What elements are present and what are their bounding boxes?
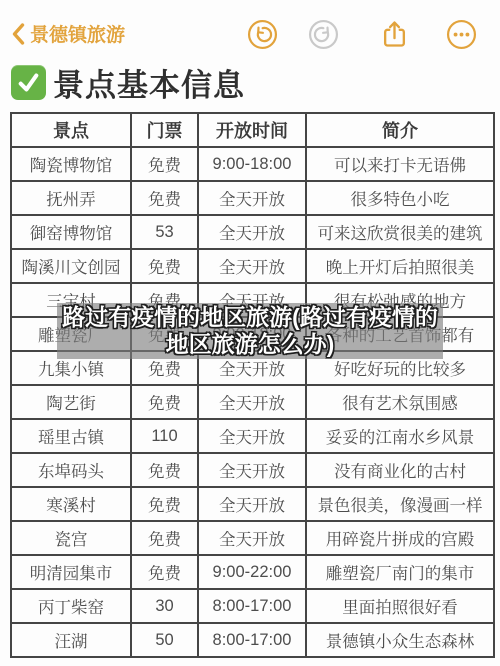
spot-intro: 没有商业化的古村 — [306, 453, 494, 487]
spot-hours: 全天开放 — [198, 181, 306, 215]
spot-name: 丙丁柴窑 — [11, 589, 131, 623]
table-row: 陶瓷博物馆 免费 9:00-18:00 可以来打卡无语佛 — [11, 147, 494, 181]
spot-intro: 各种的工艺首饰都有 — [306, 317, 494, 351]
spot-intro: 用碎瓷片拼成的宫殿 — [306, 521, 494, 555]
table-row: 九集小镇 免费 全天开放 好吃好玩的比较多 — [11, 351, 494, 385]
spots-table: 景点 门票 开放时间 简介 陶瓷博物馆 免费 9:00-18:00 可以来打卡无… — [10, 112, 495, 658]
spot-name: 陶瓷博物馆 — [11, 147, 131, 181]
spot-ticket: 免费 — [131, 555, 198, 589]
table-row: 陶艺街 免费 全天开放 很有艺术氛围感 — [11, 385, 494, 419]
spot-hours: 全天开放 — [198, 453, 306, 487]
back-label: 景德镇旅游 — [30, 20, 125, 47]
table-row: 御窑博物馆 53 全天开放 可来这欣赏很美的建筑 — [11, 215, 494, 249]
spot-intro: 很多特色小吃 — [306, 181, 494, 215]
spot-name: 瑶里古镇 — [11, 419, 131, 453]
spot-name: 瓷宫 — [11, 521, 131, 555]
spot-intro: 可来这欣赏很美的建筑 — [306, 215, 494, 249]
spot-intro: 很有松弛感的地方 — [306, 283, 494, 317]
spot-name: 东埠码头 — [11, 453, 131, 487]
spot-hours: 全天开放 — [198, 249, 306, 283]
spot-hours: 全天开放 — [198, 487, 306, 521]
table-row: 雕塑瓷厂 免费 9:00-18:00 各种的工艺首饰都有 — [11, 317, 494, 351]
spot-name: 陶艺街 — [11, 385, 131, 419]
spot-ticket: 免费 — [131, 147, 198, 181]
spot-ticket: 免费 — [131, 521, 198, 555]
table-row: 抚州弄 免费 全天开放 很多特色小吃 — [11, 181, 494, 215]
table-row: 明清园集市 免费 9:00-22:00 雕塑瓷厂南门的集市 — [11, 555, 494, 589]
spot-intro: 好吃好玩的比较多 — [306, 351, 494, 385]
share-icon[interactable] — [377, 17, 411, 51]
spot-hours: 全天开放 — [198, 215, 306, 249]
table-header-row: 景点 门票 开放时间 简介 — [11, 113, 494, 147]
spot-intro: 里面拍照很好看 — [306, 589, 494, 623]
table-row: 瓷宫 免费 全天开放 用碎瓷片拼成的宫殿 — [11, 521, 494, 555]
col-header-hours: 开放时间 — [198, 113, 306, 147]
spot-ticket: 免费 — [131, 181, 198, 215]
spot-hours: 全天开放 — [198, 283, 306, 317]
spot-name: 寒溪村 — [11, 487, 131, 521]
spot-hours: 全天开放 — [198, 521, 306, 555]
spot-hours: 全天开放 — [198, 419, 306, 453]
table-row: 丙丁柴窑 30 8:00-17:00 里面拍照很好看 — [11, 589, 494, 623]
spot-intro: 晚上开灯后拍照很美 — [306, 249, 494, 283]
col-header-spot: 景点 — [11, 113, 131, 147]
spot-ticket: 免费 — [131, 351, 198, 385]
app-screen: 景德镇旅游 — [0, 0, 500, 666]
spot-name: 三宝村 — [11, 283, 131, 317]
spot-hours: 8:00-17:00 — [198, 623, 306, 657]
spot-hours: 全天开放 — [198, 351, 306, 385]
spot-ticket: 免费 — [131, 385, 198, 419]
table-row: 陶溪川文创园 免费 全天开放 晚上开灯后拍照很美 — [11, 249, 494, 283]
spot-intro: 景色很美，像漫画一样 — [306, 487, 494, 521]
spot-ticket: 免费 — [131, 453, 198, 487]
spot-hours: 全天开放 — [198, 385, 306, 419]
spot-ticket: 免费 — [131, 249, 198, 283]
spot-name: 雕塑瓷厂 — [11, 317, 131, 351]
page-title: 景点基本信息 — [53, 60, 245, 105]
table-row: 东埠码头 免费 全天开放 没有商业化的古村 — [11, 453, 494, 487]
table-row: 三宝村 免费 全天开放 很有松弛感的地方 — [11, 283, 494, 317]
spot-intro: 可以来打卡无语佛 — [306, 147, 494, 181]
col-header-ticket: 门票 — [131, 113, 198, 147]
back-button[interactable]: 景德镇旅游 — [12, 20, 125, 47]
table-row: 瑶里古镇 110 全天开放 妥妥的江南水乡风景 — [11, 419, 494, 453]
spot-ticket: 110 — [131, 419, 198, 453]
chevron-left-icon — [12, 23, 25, 45]
spot-name: 御窑博物馆 — [11, 215, 131, 249]
spot-hours: 8:00-17:00 — [198, 589, 306, 623]
spot-name: 抚州弄 — [11, 181, 131, 215]
spot-ticket: 免费 — [131, 283, 198, 317]
spot-name: 九集小镇 — [11, 351, 131, 385]
spot-intro: 妥妥的江南水乡风景 — [306, 419, 494, 453]
spot-ticket: 53 — [131, 215, 198, 249]
more-icon[interactable] — [444, 17, 478, 51]
check-mark-icon — [11, 65, 46, 100]
spot-name: 明清园集市 — [11, 555, 131, 589]
redo-icon[interactable] — [306, 17, 340, 51]
spot-ticket: 免费 — [131, 317, 198, 351]
spot-ticket: 30 — [131, 589, 198, 623]
spot-hours: 9:00-18:00 — [198, 317, 306, 351]
table-row: 汪湖 50 8:00-17:00 景德镇小众生态森林 — [11, 623, 494, 657]
col-header-intro: 简介 — [306, 113, 494, 147]
nav-bar: 景德镇旅游 — [0, 0, 500, 58]
undo-icon[interactable] — [245, 17, 279, 51]
spot-intro: 景德镇小众生态森林 — [306, 623, 494, 657]
spot-intro: 雕塑瓷厂南门的集市 — [306, 555, 494, 589]
spot-hours: 9:00-18:00 — [198, 147, 306, 181]
table-row: 寒溪村 免费 全天开放 景色很美，像漫画一样 — [11, 487, 494, 521]
spot-intro: 很有艺术氛围感 — [306, 385, 494, 419]
spot-hours: 9:00-22:00 — [198, 555, 306, 589]
spot-ticket: 免费 — [131, 487, 198, 521]
spot-ticket: 50 — [131, 623, 198, 657]
spot-name: 汪湖 — [11, 623, 131, 657]
page-title-row: 景点基本信息 — [11, 60, 245, 105]
spot-name: 陶溪川文创园 — [11, 249, 131, 283]
